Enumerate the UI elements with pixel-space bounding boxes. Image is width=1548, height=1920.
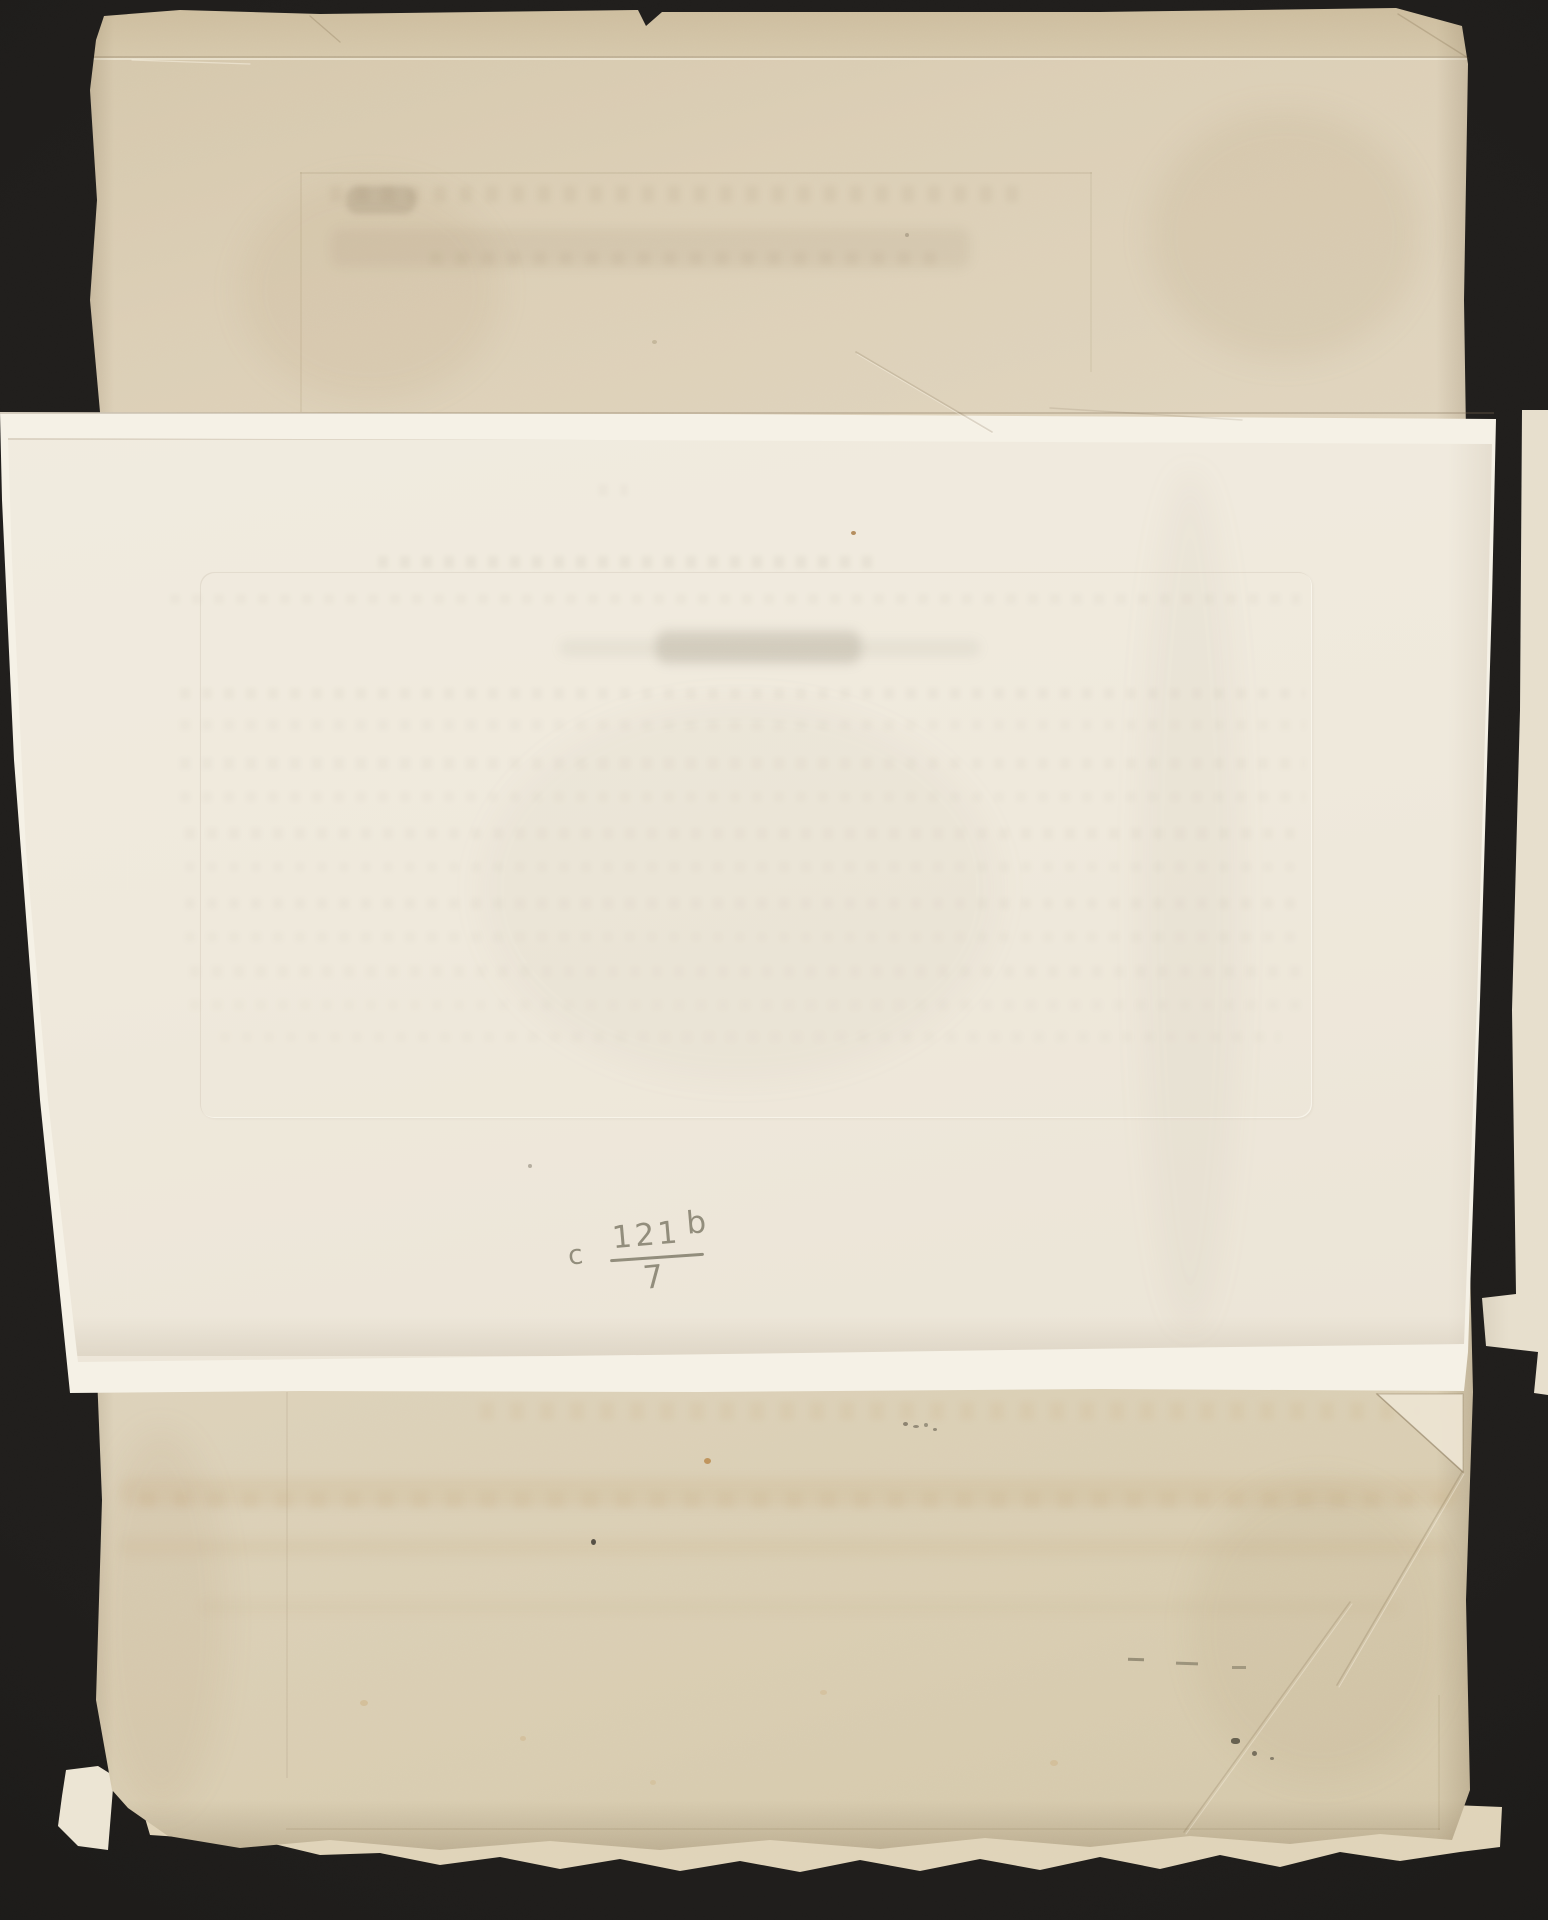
plate-mark-top-horizontal: [300, 172, 1092, 174]
stain: [1190, 1480, 1450, 1780]
foxing-spot: [650, 1780, 656, 1785]
ink-speck: [924, 1423, 928, 1427]
foxing-spot: [851, 531, 856, 535]
ink-speck: [903, 1422, 908, 1426]
foxing-spot: [360, 1700, 368, 1706]
plate-mark-bottom-left-vertical: [286, 1392, 288, 1778]
foxing-spot: [652, 340, 657, 344]
ink-speck: [1231, 1738, 1240, 1744]
stain: [96, 1430, 226, 1810]
inscription-numerator-suffix: b: [685, 1204, 711, 1242]
plate-mark-top-right-vertical: [1090, 172, 1092, 372]
show-through-band: [480, 1402, 1460, 1420]
inscription-numerator-digits: 121: [611, 1214, 682, 1256]
under-sheet-top-edge: [0, 412, 1494, 414]
ink-speck: [1252, 1751, 1257, 1756]
ink-speck: [913, 1425, 919, 1428]
foxing-spot: [704, 1458, 711, 1464]
ink-speck: [591, 1539, 596, 1545]
inscription-denominator: 7: [641, 1257, 665, 1297]
stain: [1140, 470, 1240, 1330]
wrapper-top-fold-band: [88, 8, 1472, 56]
ink-trace: [1176, 1662, 1198, 1666]
plate-mark-bottom-horizontal: [286, 1828, 1440, 1830]
ink-speck: [1270, 1757, 1274, 1760]
plate-mark-bottom-right-vertical: [1438, 1695, 1440, 1830]
foxing-spot: [820, 1690, 827, 1695]
foxing-spot: [520, 1736, 526, 1741]
inscription-prefix: c: [566, 1239, 585, 1272]
show-through-header-line: [170, 594, 1300, 604]
show-through-band: [430, 252, 950, 265]
show-through-imprint-mark: [598, 484, 628, 496]
pencil-inscription: c 121b 7: [546, 1208, 746, 1304]
stain: [480, 700, 1000, 1080]
stain: [240, 180, 500, 400]
ink-trace: [1232, 1666, 1246, 1669]
stain: [1150, 110, 1420, 360]
photo-mount-background: c 121b 7: [0, 0, 1548, 1920]
foxing-spot: [905, 233, 909, 237]
foxing-spot: [1050, 1760, 1058, 1766]
ink-speck: [528, 1164, 532, 1168]
left-edge-sliver-sheet: [58, 1766, 114, 1850]
ink-trace: [1128, 1658, 1144, 1662]
show-through-caption-line: [378, 556, 878, 568]
fold-crease-highlight: [88, 58, 1472, 60]
show-through-staff-row: [180, 688, 1305, 699]
ink-speck: [933, 1428, 937, 1431]
show-through-title-halo: [560, 640, 980, 656]
inscription-numerator: 121b: [611, 1212, 712, 1256]
